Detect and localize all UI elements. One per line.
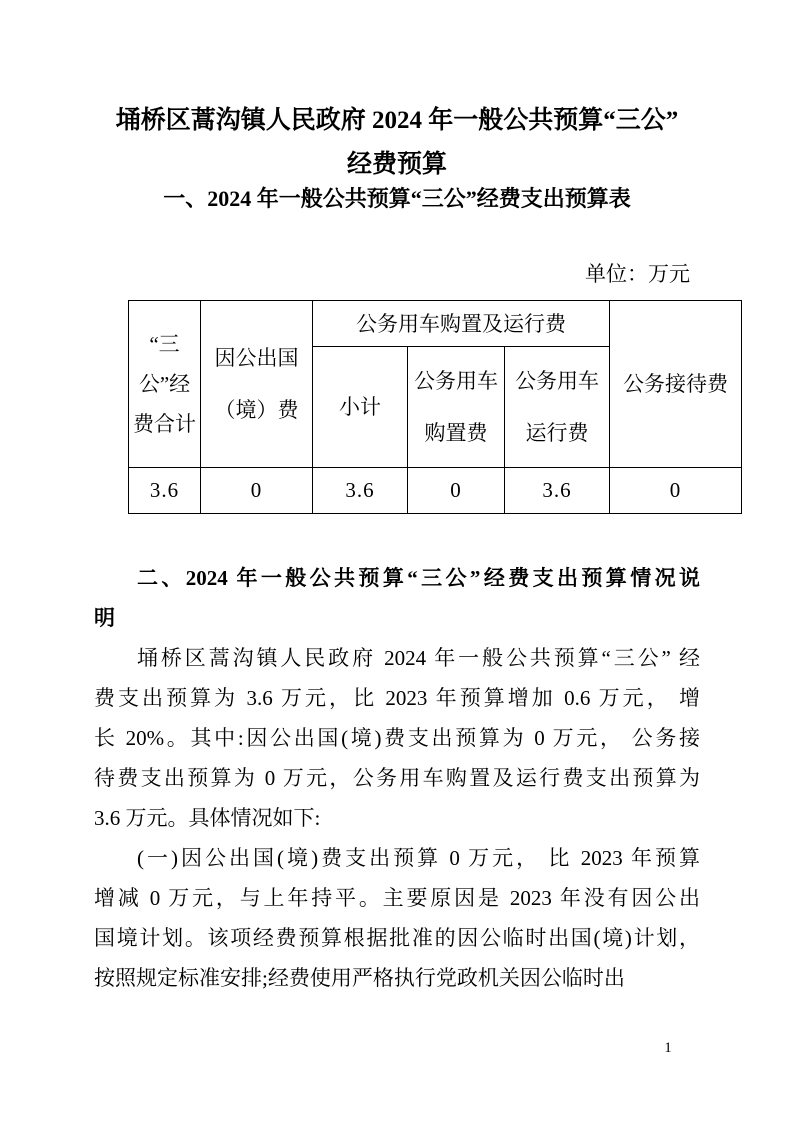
budget-table: “三公”经费合计 因公出国（境）费 公务用车购置及运行费 公务接待费 小计 公务… xyxy=(128,300,742,514)
document-page: 埇桥区蒿沟镇人民政府 2024 年一般公共预算“三公” 经费预算 一、2024 … xyxy=(0,0,793,1122)
header-cell-vehicle-group: 公务用车购置及运行费 xyxy=(313,301,610,347)
table-header-row-1: “三公”经费合计 因公出国（境）费 公务用车购置及运行费 公务接待费 xyxy=(129,301,742,347)
header-cell-vehicle-purchase: 公务用车购置费 xyxy=(408,347,505,468)
header-cell-vehicle-operation: 公务用车运行费 xyxy=(505,347,610,468)
table-data-row: 3.6 0 3.6 0 3.6 0 xyxy=(129,468,742,514)
value-reception: 0 xyxy=(610,468,742,514)
paragraph2-line: 按照规定标准安排;经费使用严格执行党政机关因公临时出 xyxy=(94,958,700,998)
page-number: 1 xyxy=(654,1038,682,1058)
paragraph2-line: 国境计划。该项经费预算根据批准的因公临时出国(境)计划， xyxy=(94,918,700,958)
paragraph1-line: 费支出预算为 3.6 万元，比 2023 年预算增加 0.6 万元， 增 xyxy=(94,678,700,718)
section1-heading: 一、2024 年一般公共预算“三公”经费支出预算表 xyxy=(94,184,700,214)
document-title-line-1: 埇桥区蒿沟镇人民政府 2024 年一般公共预算“三公” xyxy=(94,99,700,143)
document-title: 埇桥区蒿沟镇人民政府 2024 年一般公共预算“三公” 经费预算 xyxy=(94,99,700,187)
value-total: 3.6 xyxy=(129,468,201,514)
paragraph2-line: 增减 0 万元，与上年持平。主要原因是 2023 年没有因公出 xyxy=(94,878,700,918)
paragraph1-line: 3.6 万元。具体情况如下: xyxy=(94,798,700,838)
header-cell-vehicle-subtotal: 小计 xyxy=(313,347,408,468)
header-cell-abroad: 因公出国（境）费 xyxy=(201,301,313,468)
paragraph2-line: (一)因公出国(境)费支出预算 0 万元， 比 2023 年预算 xyxy=(94,838,700,878)
paragraph1-line: 待费支出预算为 0 万元，公务用车购置及运行费支出预算为 xyxy=(94,758,700,798)
paragraph1-line: 长 20%。其中:因公出国(境)费支出预算为 0 万元， 公务接 xyxy=(94,718,700,758)
header-cell-total: “三公”经费合计 xyxy=(129,301,201,468)
section2-heading-line-1: 二、2024 年一般公共预算“三公”经费支出预算情况说 xyxy=(94,558,700,598)
value-vehicle-subtotal: 3.6 xyxy=(313,468,408,514)
value-vehicle-operation: 3.6 xyxy=(505,468,610,514)
value-vehicle-purchase: 0 xyxy=(408,468,505,514)
table-unit-label: 单位：万元 xyxy=(94,259,690,289)
header-cell-reception: 公务接待费 xyxy=(610,301,742,468)
value-abroad: 0 xyxy=(201,468,313,514)
body-text: 二、2024 年一般公共预算“三公”经费支出预算情况说 明 埇桥区蒿沟镇人民政府… xyxy=(94,558,700,998)
section2-heading-line-2: 明 xyxy=(94,598,700,638)
paragraph1-line: 埇桥区蒿沟镇人民政府 2024 年一般公共预算“三公” 经 xyxy=(94,638,700,678)
document-title-line-2: 经费预算 xyxy=(94,143,700,187)
